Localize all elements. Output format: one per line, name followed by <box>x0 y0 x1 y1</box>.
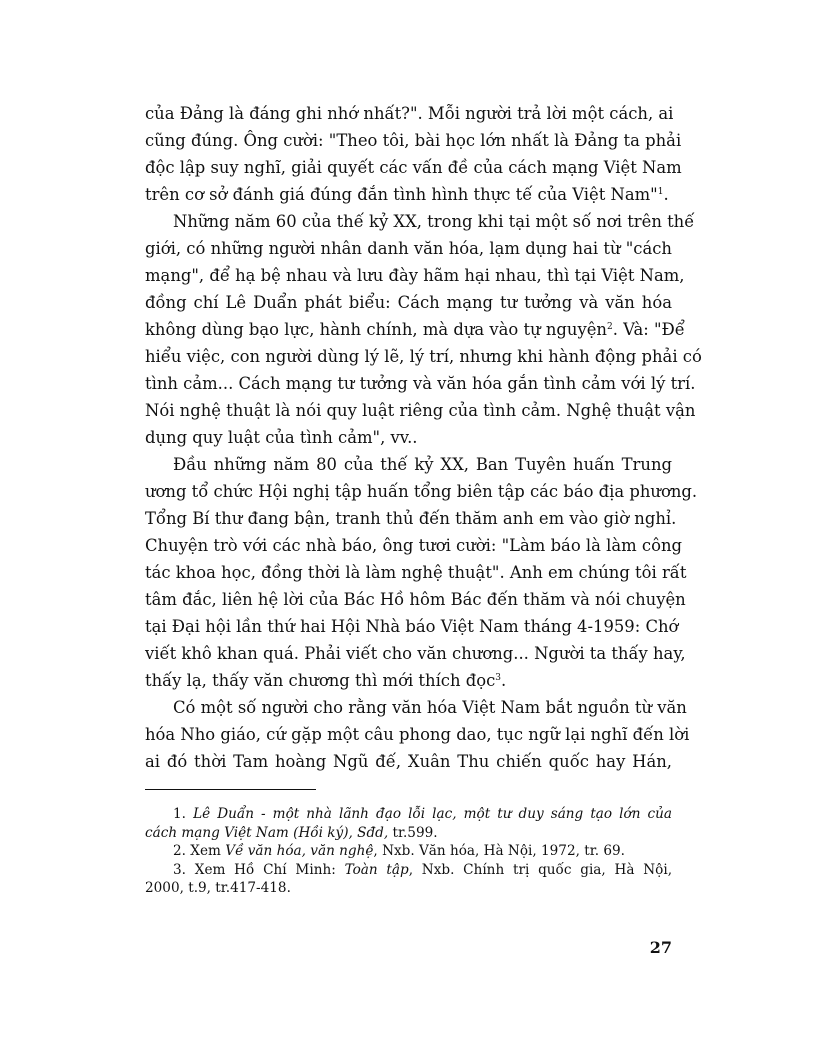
body-line-text: trên cơ sở đánh giá đúng đắn tình hình t… <box>145 185 658 204</box>
body-line: thấy lạ, thấy văn chương thì mới thích đ… <box>145 667 672 694</box>
punctuation: . <box>501 671 506 690</box>
body-line: độc lập suy nghĩ, giải quyết các vấn đề … <box>145 154 672 181</box>
footnote-1: 1. Lê Duẩn - một nhà lãnh đạo lỗi lạc, m… <box>145 805 672 824</box>
body-line: Tổng Bí thư đang bận, tranh thủ đến thăm… <box>145 505 672 532</box>
body-line: tâm đắc, liên hệ lời của Bác Hồ hôm Bác … <box>145 586 672 613</box>
footnotes: 1. Lê Duẩn - một nhà lãnh đạo lỗi lạc, m… <box>145 805 672 898</box>
body-line: hóa Nho giáo, cứ gặp một câu phong dao, … <box>145 721 672 748</box>
footnote-title: Về văn hóa, văn nghệ <box>225 843 373 859</box>
footnote-2: 2. Xem Về văn hóa, văn nghệ, Nxb. Văn hó… <box>145 842 672 861</box>
body-line: tại Đại hội lần thứ hai Hội Nhà báo Việt… <box>145 613 672 640</box>
footnote-page: tr.599. <box>388 825 437 841</box>
body-line: Đầu những năm 80 của thế kỷ XX, Ban Tuyê… <box>145 451 672 478</box>
footnote-publisher: , Nxb. Chính trị quốc gia, Hà Nội, <box>409 862 672 878</box>
body-line: ai đó thời Tam hoàng Ngũ đế, Xuân Thu ch… <box>145 748 672 775</box>
footnote-pre: Xem Hồ Chí Minh: <box>186 862 345 878</box>
body-line: viết khô khan quá. Phải viết cho văn chư… <box>145 640 672 667</box>
punctuation: . <box>663 185 668 204</box>
book-page: của Đảng là đáng ghi nhớ nhất?". Mỗi ngư… <box>0 0 816 1056</box>
body-line: hiểu việc, con người dùng lý lẽ, lý trí,… <box>145 343 672 370</box>
body-text: của Đảng là đáng ghi nhớ nhất?". Mỗi ngư… <box>145 100 672 775</box>
footnote-1-cont: cách mạng Việt Nam (Hồi ký), Sđd, tr.599… <box>145 824 672 843</box>
body-line: Nói nghệ thuật là nói quy luật riêng của… <box>145 397 672 424</box>
body-line: cũng đúng. Ông cười: "Theo tôi, bài học … <box>145 127 672 154</box>
body-line: mạng", để hạ bệ nhau và lưu đày hãm hại … <box>145 262 672 289</box>
body-line: dụng quy luật của tình cảm", vv.. <box>145 424 672 451</box>
body-line: Những năm 60 của thế kỷ XX, trong khi tạ… <box>145 208 672 235</box>
page-number: 27 <box>630 938 672 957</box>
body-line: tác khoa học, đồng thời là làm nghệ thuậ… <box>145 559 672 586</box>
body-line: đồng chí Lê Duẩn phát biểu: Cách mạng tư… <box>145 289 672 316</box>
body-line-text: thấy lạ, thấy văn chương thì mới thích đ… <box>145 671 495 690</box>
footnote-separator <box>145 789 316 790</box>
body-line-text: không dùng bạo lực, hành chính, mà dựa v… <box>145 320 607 339</box>
footnote-pre: Xem <box>186 843 225 859</box>
body-line: không dùng bạo lực, hành chính, mà dựa v… <box>145 316 672 343</box>
body-line: giới, có những người nhân danh văn hóa, … <box>145 235 672 262</box>
body-line: tình cảm... Cách mạng tư tưởng và văn hó… <box>145 370 672 397</box>
footnote-title: Toàn tập <box>345 862 409 878</box>
body-line: Có một số người cho rằng văn hóa Việt Na… <box>145 694 672 721</box>
footnote-number: 1. <box>173 806 186 822</box>
footnote-3-cont: 2000, t.9, tr.417-418. <box>145 879 672 898</box>
body-line: ương tổ chức Hội nghị tập huấn tổng biên… <box>145 478 672 505</box>
footnote-title: cách mạng Việt Nam (Hồi ký), Sđd, <box>145 825 388 841</box>
body-line: của Đảng là đáng ghi nhớ nhất?". Mỗi ngư… <box>145 100 672 127</box>
body-line: trên cơ sở đánh giá đúng đắn tình hình t… <box>145 181 672 208</box>
body-line-tail: . Và: "Để <box>613 320 685 339</box>
footnote-3: 3. Xem Hồ Chí Minh: Toàn tập, Nxb. Chính… <box>145 861 672 880</box>
footnote-publisher: , Nxb. Văn hóa, Hà Nội, 1972, tr. 69. <box>373 843 625 859</box>
footnote-number: 3. <box>173 862 186 878</box>
footnote-number: 2. <box>173 843 186 859</box>
footnote-title: Lê Duẩn - một nhà lãnh đạo lỗi lạc, một … <box>193 806 672 822</box>
body-line: Chuyện trò với các nhà báo, ông tươi cườ… <box>145 532 672 559</box>
